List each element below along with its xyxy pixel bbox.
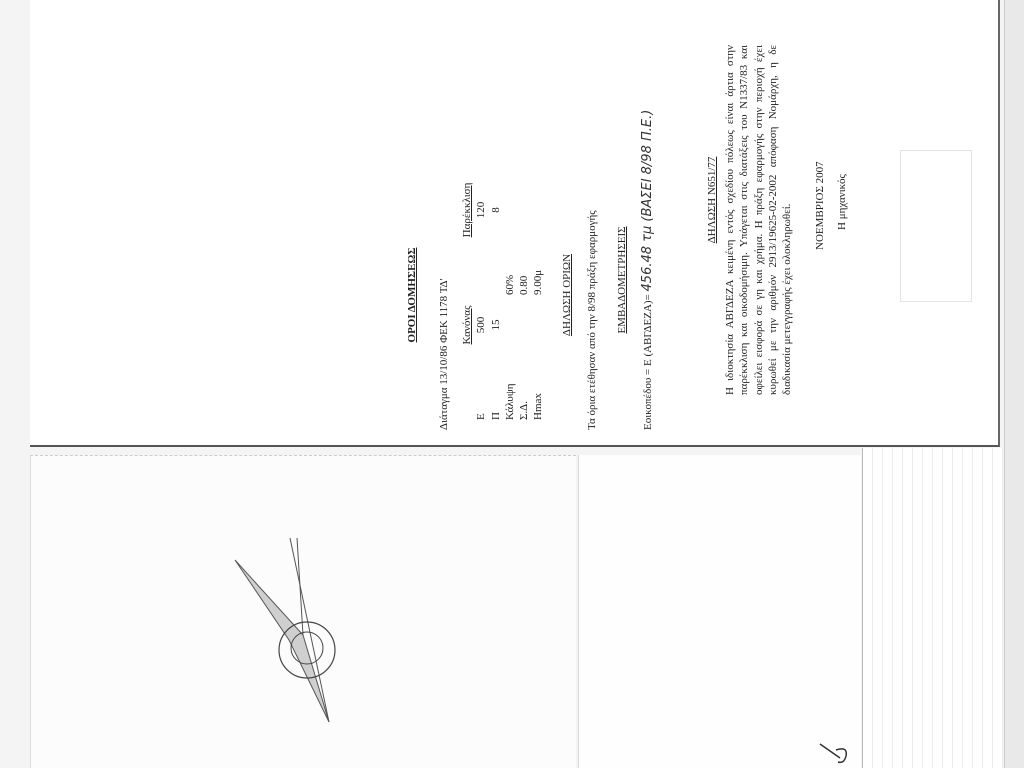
table-sheet-faint: [862, 448, 1003, 768]
building-terms-table: Κανόνας Παρέκκλιση Ε500120 Π158 Κάλυψη60…: [460, 180, 546, 420]
north-arrow-icon: [225, 530, 345, 730]
scan-edge: [1004, 0, 1024, 768]
table-row: Κάλυψη60%: [503, 180, 517, 420]
date-line: ΝΟΕΜΒΡΙΟΣ 2007: [813, 161, 827, 250]
faint-stamp: [900, 150, 972, 302]
handwritten-area: 456.48 τμ (ΒΑΣΕΙ 8/98 Π.Ε.): [640, 110, 655, 292]
limits-text: Τα όρια ετέθησαν από την 8/98 πράξη εφαρ…: [585, 210, 599, 430]
table-row: Ε500120: [474, 180, 488, 420]
areas-line: Εοικοπέδου = Ε (ΑΒΓΔΕΖΑ)= 456.48 τμ (ΒΑΣ…: [640, 110, 657, 430]
law-heading: ΔΗΛΩΣΗ Ν651/77: [705, 120, 719, 280]
signature-mark: [818, 740, 858, 768]
signatory: Η μηχανικός: [835, 174, 849, 230]
table-header: Κανόνας Παρέκκλιση: [460, 180, 474, 420]
decree-line: Διάταγμα 13/10/86 ΦΕΚ 1178 ΤΔ': [437, 278, 451, 430]
areas-heading: ΕΜΒΑΔΟΜΕΤΡΗΣΕΙΣ: [615, 200, 629, 360]
table-row: Π158: [489, 180, 503, 420]
table-row: Σ.Δ.0.80: [517, 180, 531, 420]
section-title: ΟΡΟΙ ΔΟΜΗΣΕΩΣ: [405, 160, 419, 430]
law-text: Η ιδιοκτησία ΑΒΓΔΕΖΑ κειμένη εντός σχεδί…: [723, 45, 794, 395]
adjacent-sheet-middle: [578, 455, 861, 768]
limits-heading: ΔΗΛΩΣΗ ΟΡΙΩΝ: [560, 230, 574, 360]
table-row: Hmax9.00μ: [531, 180, 545, 420]
rotated-document-content: ΟΡΟΙ ΔΟΜΗΣΕΩΣ Διάταγμα 13/10/86 ΦΕΚ 1178…: [405, 0, 905, 430]
